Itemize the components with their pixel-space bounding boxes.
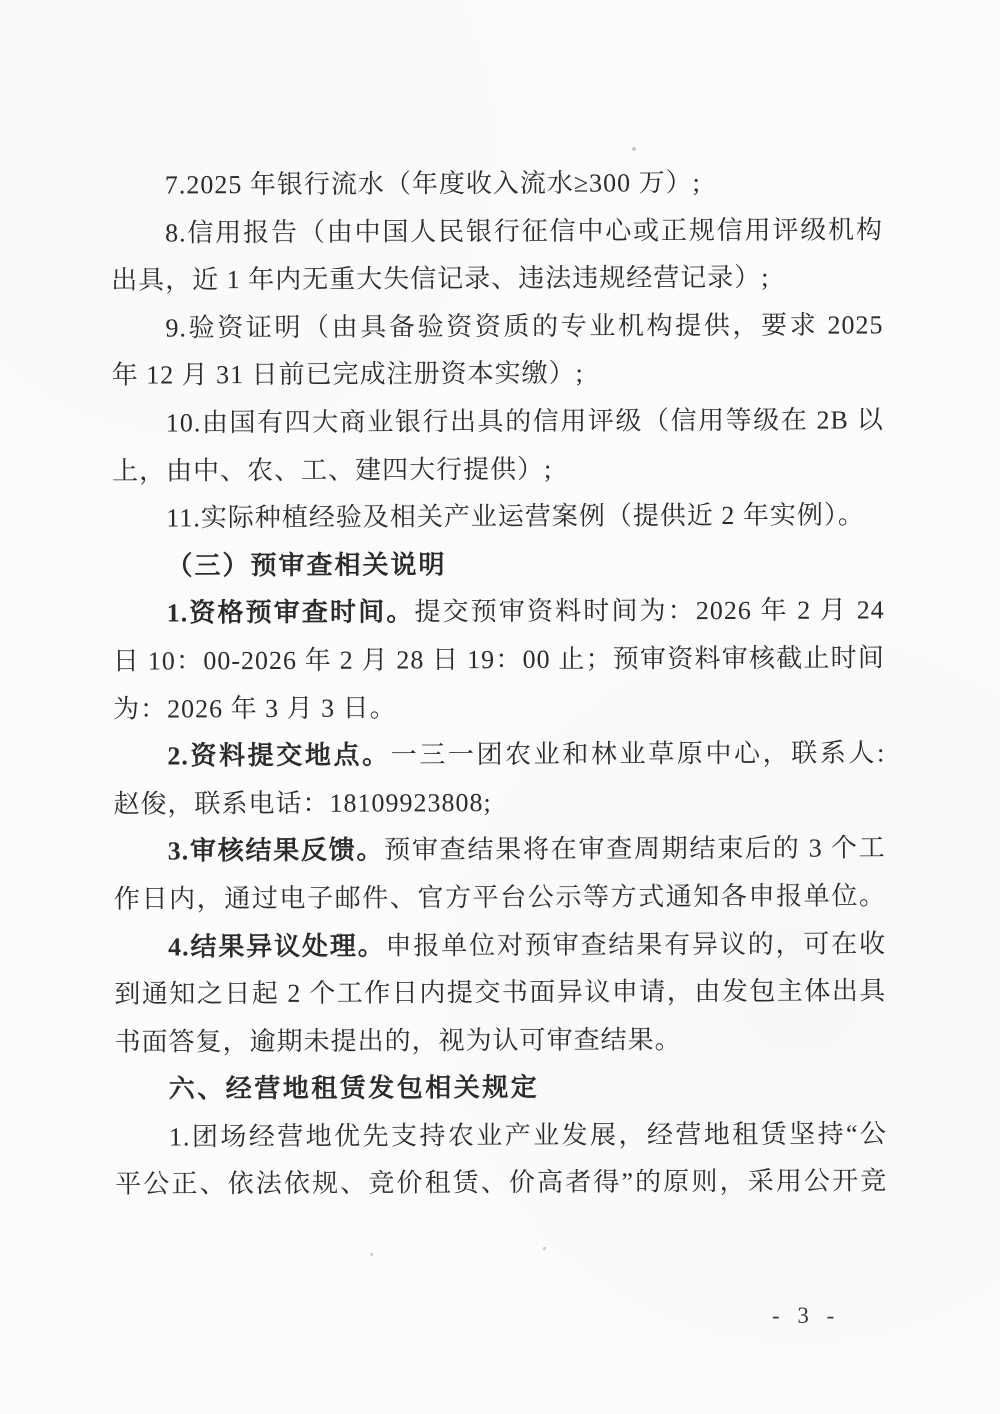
text-run: 上，由中、农、工、建四大行提供）; bbox=[112, 454, 552, 485]
scan-speck bbox=[632, 147, 636, 151]
text-line: 到通知之日起 2 个工作日内提交书面异议申请，由发包主体出具 bbox=[114, 967, 886, 1018]
text-line: 10.由国有四大商业银行出具的信用评级（信用等级在 2B 以 bbox=[112, 396, 884, 447]
text-line: 出具，近 1 年内无重大失信记录、违法违规经营记录）; bbox=[111, 254, 883, 305]
text-run: 一三一团农业和林业草原中心，联系人: bbox=[391, 738, 886, 769]
text-run: （三）预审查相关说明 bbox=[166, 550, 446, 580]
text-line: 11.实际种植经验及相关产业运营案例（提供近 2 年实例）。 bbox=[112, 491, 884, 542]
text-run: 六、经营地租赁发包相关规定 bbox=[169, 1072, 540, 1104]
text-line: 7.2025 年银行流水（年度收入流水≥300 万）; bbox=[111, 158, 883, 209]
text-run: 书面答复，逾期未提出的，视为认可审查结果。 bbox=[114, 1025, 681, 1056]
text-line: 平公正、依法依规、竞价租赁、价高者得”的原则，采用公开竞 bbox=[115, 1158, 887, 1209]
page-number: - 3 - bbox=[772, 1303, 840, 1329]
text-run: 预审查结果将在审查周期结束后的 3 个工 bbox=[384, 834, 886, 865]
text-line: 2.资料提交地点。一三一团农业和林业草原中心，联系人: bbox=[113, 729, 885, 780]
scan-speck bbox=[543, 1247, 546, 1250]
text-run: 4.结果异议处理。 bbox=[168, 931, 385, 961]
text-run: 11.实际种植经验及相关产业运营案例（提供近 2 年实例）。 bbox=[166, 501, 865, 533]
text-line: 1.资格预审查时间。提交预审资料时间为：2026 年 2 月 24 bbox=[113, 587, 885, 638]
text-run: 到通知之日起 2 个工作日内提交书面异议申请，由发包主体出具 bbox=[114, 976, 886, 1008]
text-line: 为：2026 年 3 月 3 日。 bbox=[113, 682, 885, 733]
text-run: 提交预审资料时间为：2026 年 2 月 24 bbox=[414, 596, 884, 627]
text-run: 1.资格预审查时间。 bbox=[167, 598, 415, 628]
text-run: 3.审核结果反馈。 bbox=[168, 836, 385, 866]
text-line: 作日内，通过电子邮件、官方平台公示等方式通知各申报单位。 bbox=[114, 872, 886, 923]
text-line: 1.团场经营地优先支持农业产业发展，经营地租赁坚持“公 bbox=[115, 1110, 887, 1161]
text-run: 为：2026 年 3 月 3 日。 bbox=[113, 693, 397, 723]
text-run: 1.团场经营地优先支持农业产业发展，经营地租赁坚持“公 bbox=[169, 1119, 887, 1151]
text-line: 日 10：00-2026 年 2 月 28 日 19：00 止；预审资料审核截止… bbox=[113, 634, 885, 685]
text-line: 3.审核结果反馈。预审查结果将在审查周期结束后的 3 个工 bbox=[114, 825, 886, 876]
text-run: 9.验资证明（由具备验资资质的专业机构提供，要求 2025 bbox=[165, 310, 883, 342]
text-run: 年 12 月 31 日前已完成注册资本实缴）; bbox=[112, 359, 584, 390]
document-lines: 7.2025 年银行流水（年度收入流水≥300 万）;8.信用报告（由中国人民银… bbox=[111, 158, 888, 1208]
text-run: 平公正、依法依规、竞价租赁、价高者得”的原则，采用公开竞 bbox=[115, 1167, 887, 1199]
text-line: 赵俊，联系电话：18109923808; bbox=[113, 777, 885, 828]
scanned-document-page: 7.2025 年银行流水（年度收入流水≥300 万）;8.信用报告（由中国人民银… bbox=[0, 0, 1000, 1414]
scan-speck bbox=[370, 1253, 373, 1256]
text-line: 8.信用报告（由中国人民银行征信中心或正规信用评级机构 bbox=[111, 206, 883, 257]
heading-line: 六、经营地租赁发包相关规定 bbox=[115, 1063, 887, 1114]
text-run: 作日内，通过电子邮件、官方平台公示等方式通知各申报单位。 bbox=[114, 881, 886, 913]
heading-line: （三）预审查相关说明 bbox=[112, 539, 884, 590]
text-run: 赵俊，联系电话：18109923808; bbox=[113, 788, 491, 819]
text-run: 日 10：00-2026 年 2 月 28 日 19：00 止；预审资料审核截止… bbox=[113, 643, 885, 675]
text-line: 年 12 月 31 日前已完成注册资本实缴）; bbox=[112, 349, 884, 400]
text-run: 出具，近 1 年内无重大失信记录、违法违规经营记录）; bbox=[111, 263, 769, 295]
text-line: 书面答复，逾期未提出的，视为认可审查结果。 bbox=[114, 1015, 886, 1066]
text-line: 上，由中、农、工、建四大行提供）; bbox=[112, 444, 884, 495]
text-run: 8.信用报告（由中国人民银行征信中心或正规信用评级机构 bbox=[165, 215, 883, 247]
text-run: 2.资料提交地点。 bbox=[167, 741, 391, 771]
text-run: 7.2025 年银行流水（年度收入流水≥300 万）; bbox=[165, 168, 701, 199]
text-run: 申报单位对预审查结果有异议的，可在收 bbox=[385, 929, 886, 960]
text-run: 10.由国有四大商业银行出具的信用评级（信用等级在 2B 以 bbox=[166, 405, 884, 437]
text-line: 4.结果异议处理。申报单位对预审查结果有异议的，可在收 bbox=[114, 920, 886, 971]
text-line: 9.验资证明（由具备验资资质的专业机构提供，要求 2025 bbox=[111, 301, 883, 352]
